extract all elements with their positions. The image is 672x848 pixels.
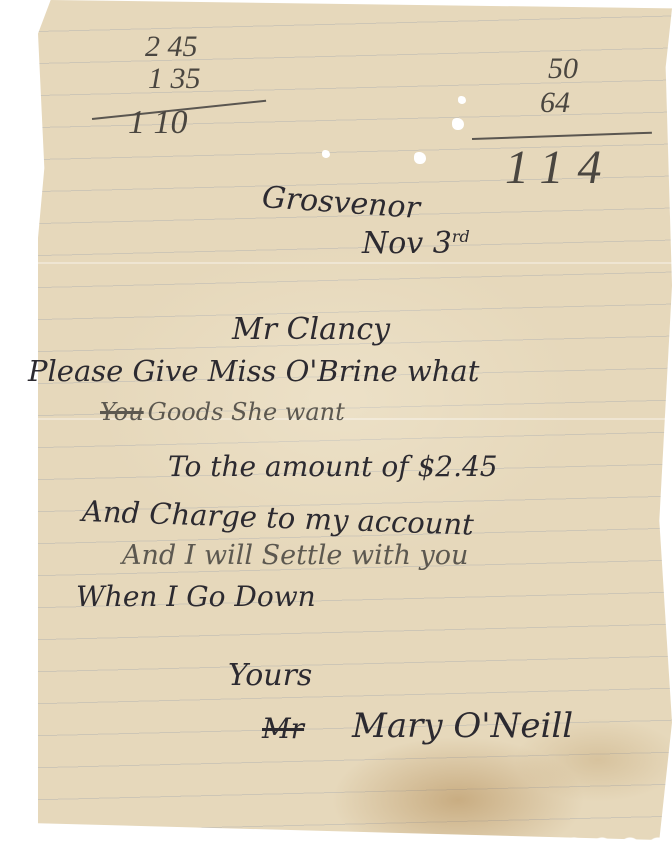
signature: Mary O'Neill xyxy=(352,706,573,746)
fold-crease xyxy=(38,262,672,264)
paper-hole xyxy=(458,96,466,104)
struck-title: Mr xyxy=(262,712,304,745)
struck-word: You xyxy=(100,398,144,426)
calc-left-line1: 2 45 xyxy=(145,30,198,64)
calc-right-result: 114 xyxy=(505,140,615,195)
body-line-5: And I will Settle with you xyxy=(122,540,468,571)
calc-right-line1: 50 xyxy=(548,52,578,86)
paper-hole xyxy=(322,150,330,158)
body-line-6: When I Go Down xyxy=(76,580,316,613)
body-line-1: Please Give Miss O'Brine what xyxy=(28,354,479,388)
body-line-3: To the amount of $2.45 xyxy=(168,450,498,483)
date-text: Nov 3 xyxy=(362,226,452,261)
date-suffix: rd xyxy=(452,227,470,246)
paper-hole xyxy=(414,152,426,164)
date: Nov 3rd xyxy=(362,226,470,261)
calc-left-result: 1 10 xyxy=(128,104,188,142)
body-line-2: You Goods She want xyxy=(100,398,345,426)
salutation: Mr Clancy xyxy=(232,312,390,347)
body-line-2-text: Goods She want xyxy=(148,398,345,426)
calc-left-line2: 1 35 xyxy=(148,62,201,96)
scalloped-edge xyxy=(0,834,672,848)
calc-right-line2: 64 xyxy=(540,86,570,120)
paper-hole xyxy=(452,118,464,130)
valediction: Yours xyxy=(228,658,312,693)
